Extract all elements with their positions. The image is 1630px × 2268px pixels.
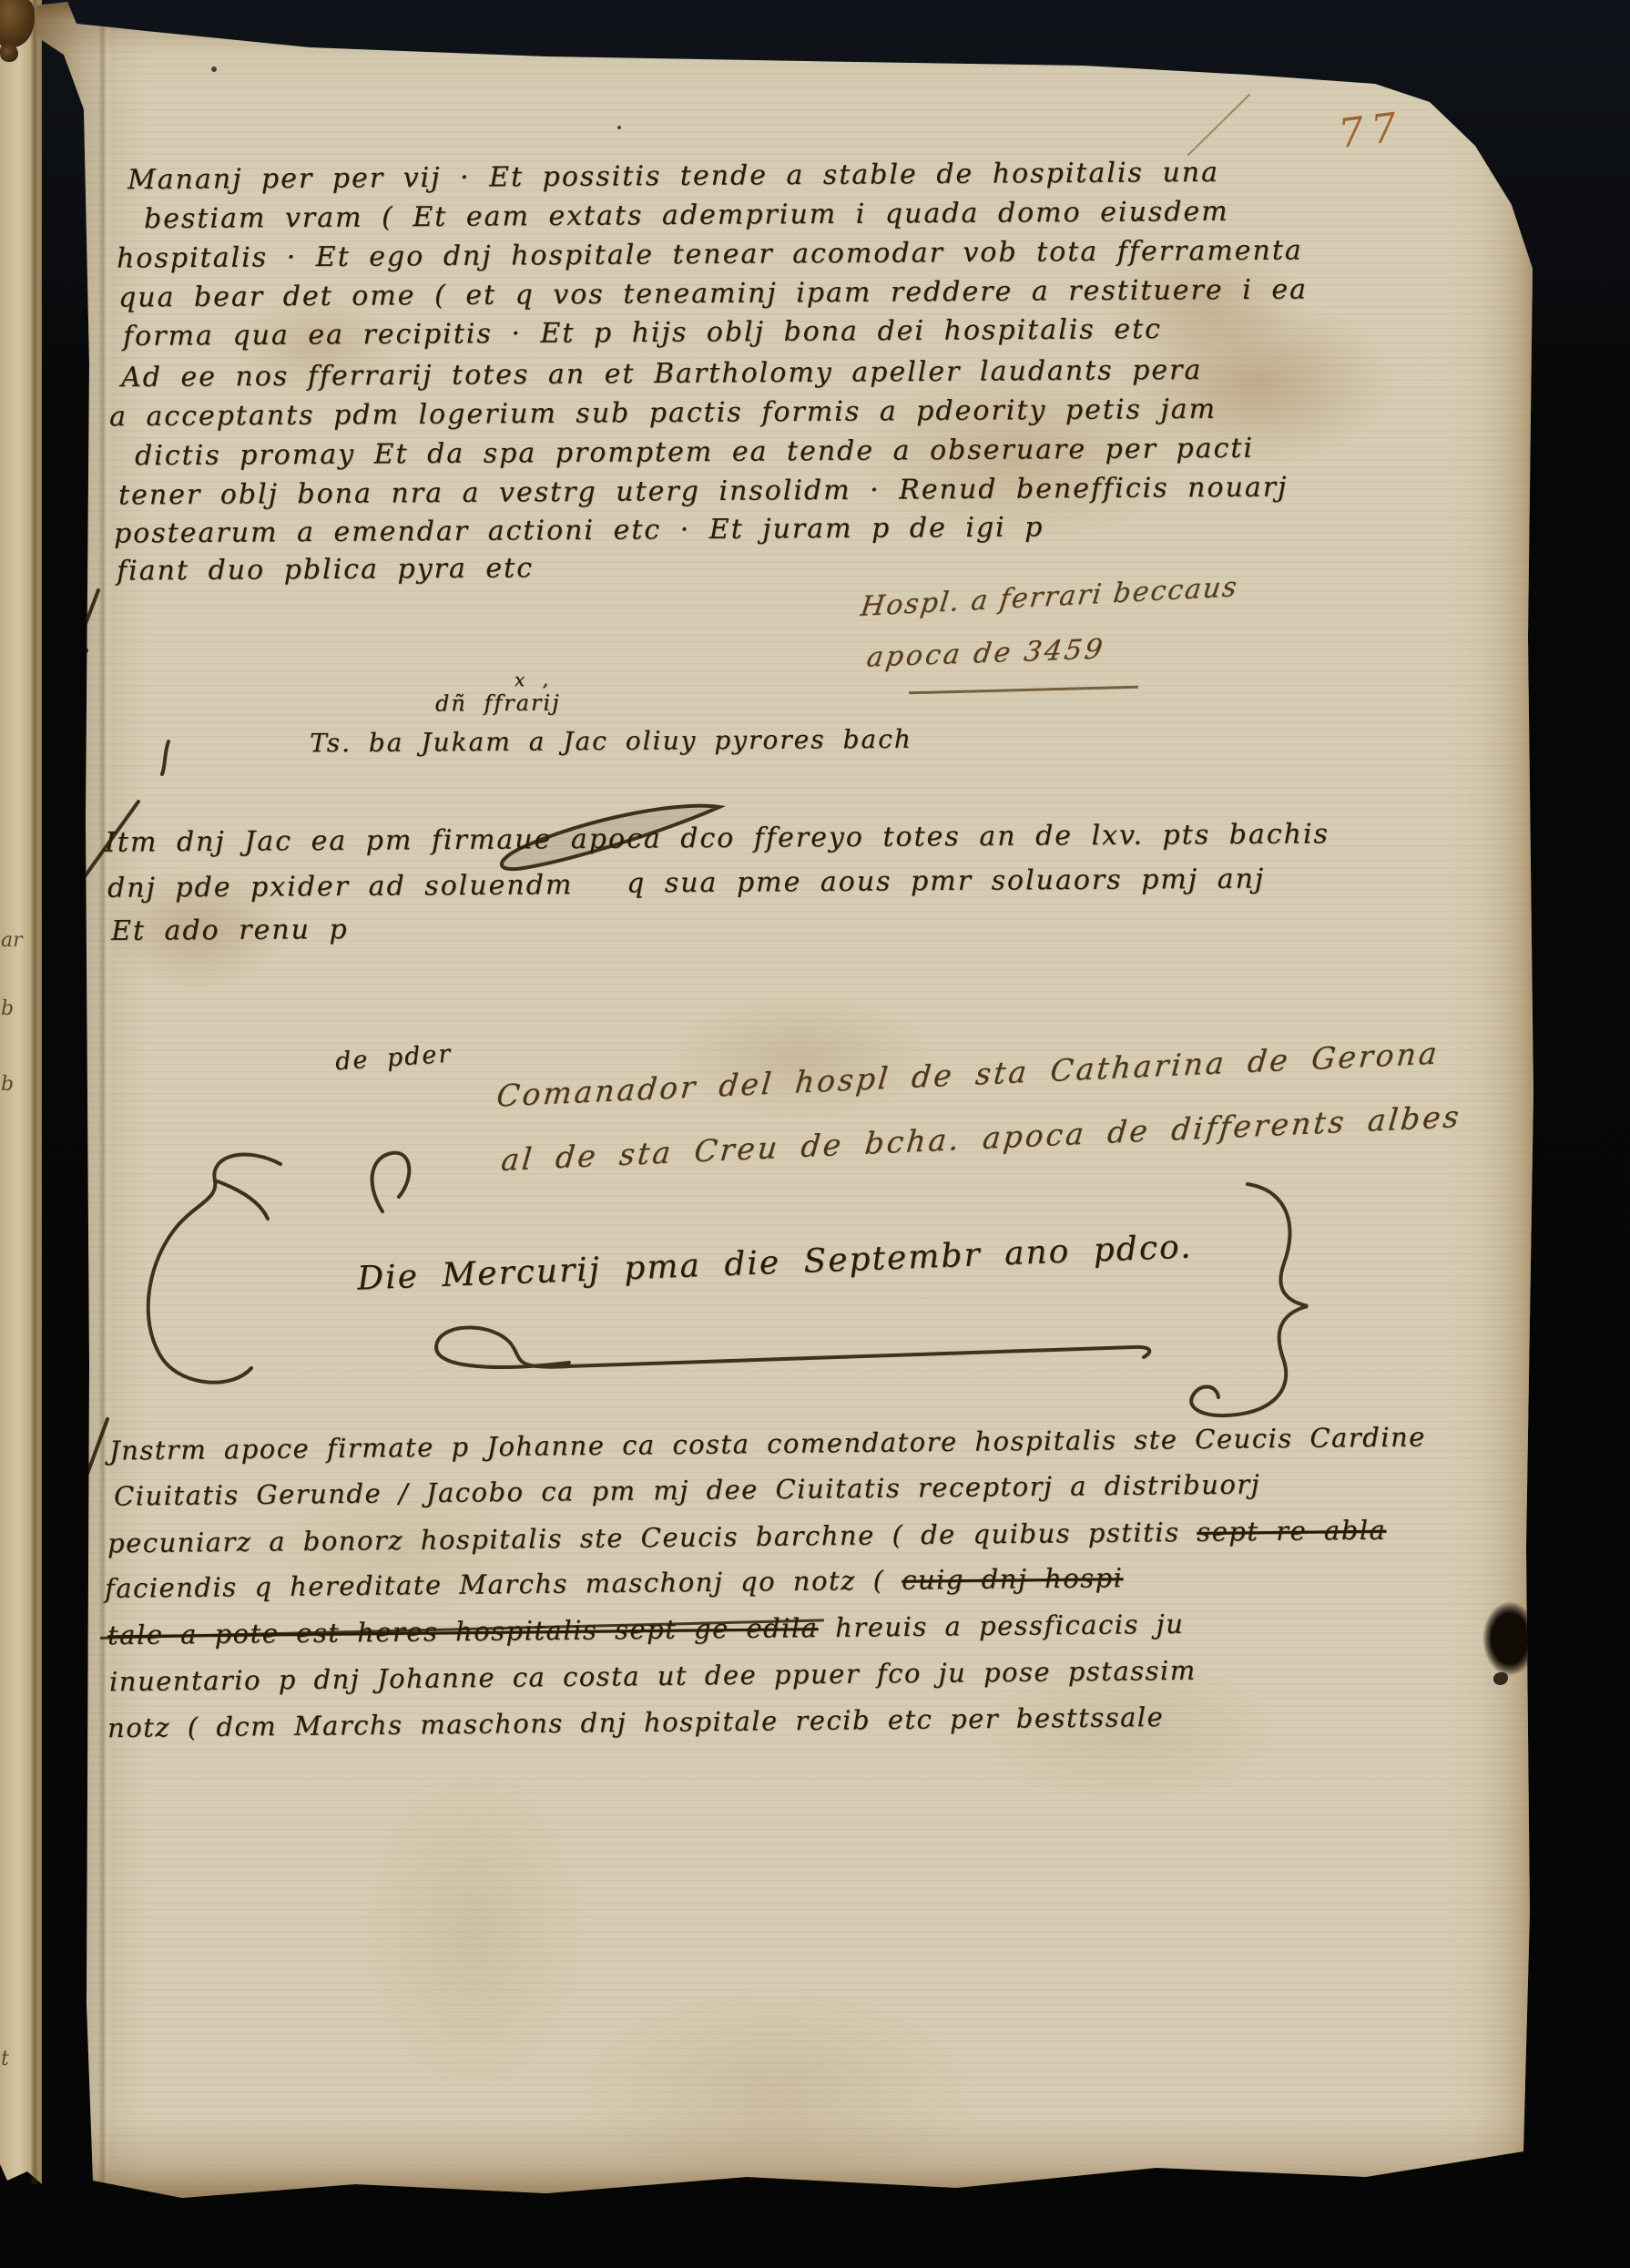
text-line: fiant duo pblica pyra etc [117, 552, 534, 587]
date-heading: Die Mercurij pma die Septembr ano pdco. [357, 1228, 1194, 1297]
text-line: q sua pme aous pmr soluaors pmj anj [627, 863, 1265, 900]
text-line: Jnstrm apoce firmate p Johanne ca costa … [109, 1421, 1426, 1466]
margin-slash [75, 1419, 107, 1508]
gutter-mark: t [1, 2048, 9, 2070]
text-line: dictis promay Et da spa promptem ea tend… [135, 433, 1254, 473]
text-line: Et ado renu p [111, 914, 349, 947]
pen-mark: x , [514, 669, 550, 690]
margin-slash [78, 590, 98, 643]
gutter-mark: b [1, 997, 14, 1020]
ink-blot [1482, 1601, 1537, 1676]
text-line: bestiam vram ( Et eam extats ademprium i… [144, 196, 1229, 235]
text-line: Comanador del hospl de sta Catharina de … [495, 1035, 1442, 1113]
text-line: inuentario p dnj Johanne ca costa ut dee… [109, 1655, 1197, 1697]
text-line: al de sta Creu de bcha. apoca de differe… [500, 1098, 1463, 1178]
text-line: apoca de 3459 [865, 633, 1107, 673]
margin-tick [162, 741, 168, 774]
interlinear-note: dñ ffrarij [435, 690, 561, 717]
text-line: Hospl. a ferrari beccaus [859, 571, 1240, 623]
struck-text: tale a pote est heres hospitalis sept ge… [107, 1612, 819, 1650]
text-line: hospitalis · Et ego dnj hospitale tenear… [117, 234, 1303, 274]
text-line: Ts. ba Jukam a Jac oliuy pyrores bach [310, 724, 912, 759]
struck-text: cuig dnj hospi [902, 1562, 1124, 1596]
text-line: tener oblj bona nra a vestrg uterg insol… [118, 472, 1289, 512]
text-segment: faciendis q hereditate Marchs maschonj q… [105, 1565, 902, 1604]
text-line: Mananj per per vij · Et possitis tende a… [127, 157, 1219, 196]
manuscript-page: 77 Mananj per per vij · Et possitis tend… [36, 0, 1539, 2202]
margin-note-left: de pder [334, 1040, 453, 1077]
date-flourish-left-inner [215, 1180, 268, 1219]
text-line: notz ( dcm Marchs maschons dnj hospitale… [107, 1701, 1165, 1743]
manuscript-photo: ar b b t 77 Mananj per per vij · Et poss… [0, 0, 1630, 2268]
ink-speck [617, 126, 621, 129]
date-flourish-underline [436, 1328, 1149, 1367]
margin-slash [60, 650, 87, 701]
text-line: Ad ee nos fferrarij totes an et Bartholo… [121, 354, 1203, 393]
binding-leather-fragment [0, 44, 18, 62]
folio-number: 77 [1336, 104, 1407, 158]
text-line: dnj pde pxider ad soluendm [107, 869, 574, 904]
text-line: pecuniarz a bonorz hospitalis ste Ceucis… [107, 1515, 1387, 1559]
text-line: Itm dnj Jac ea pm firmaue apoca dco ffer… [105, 818, 1329, 858]
ink-blot [1493, 1672, 1508, 1685]
text-line: qua bear det ome ( et q vos teneaminj ip… [118, 273, 1308, 313]
ink-speck [211, 66, 217, 72]
text-line: forma qua ea recipitis · Et p hijs oblj … [123, 313, 1162, 352]
gutter-crease [30, 0, 39, 2184]
text-line: postearum a emendar actioni etc · Et jur… [114, 511, 1044, 549]
text-segment: pecuniarz a bonorz hospitalis ste Ceucis… [107, 1517, 1197, 1559]
text-segment: hreuis a pessficacis ju [818, 1609, 1184, 1643]
date-flourish-brace [1191, 1184, 1308, 1415]
date-flourish-top-loop [372, 1153, 410, 1211]
paper-scratch [1188, 95, 1249, 155]
text-line: tale a pote est heres hospitalis sept ge… [107, 1609, 1185, 1650]
date-flourish-left [148, 1155, 280, 1383]
text-line: Ciuitatis Gerunde / Jacobo ca pm mj dee … [114, 1468, 1261, 1511]
margin-note-underline [909, 686, 1138, 695]
text-line: a acceptants pdm logerium sub pactis for… [109, 393, 1217, 433]
gutter-mark: ar [1, 929, 23, 952]
struck-text: sept re abla [1197, 1515, 1387, 1548]
gutter-mark: b [1, 1073, 14, 1096]
text-line: faciendis q hereditate Marchs maschonj q… [105, 1562, 1124, 1604]
